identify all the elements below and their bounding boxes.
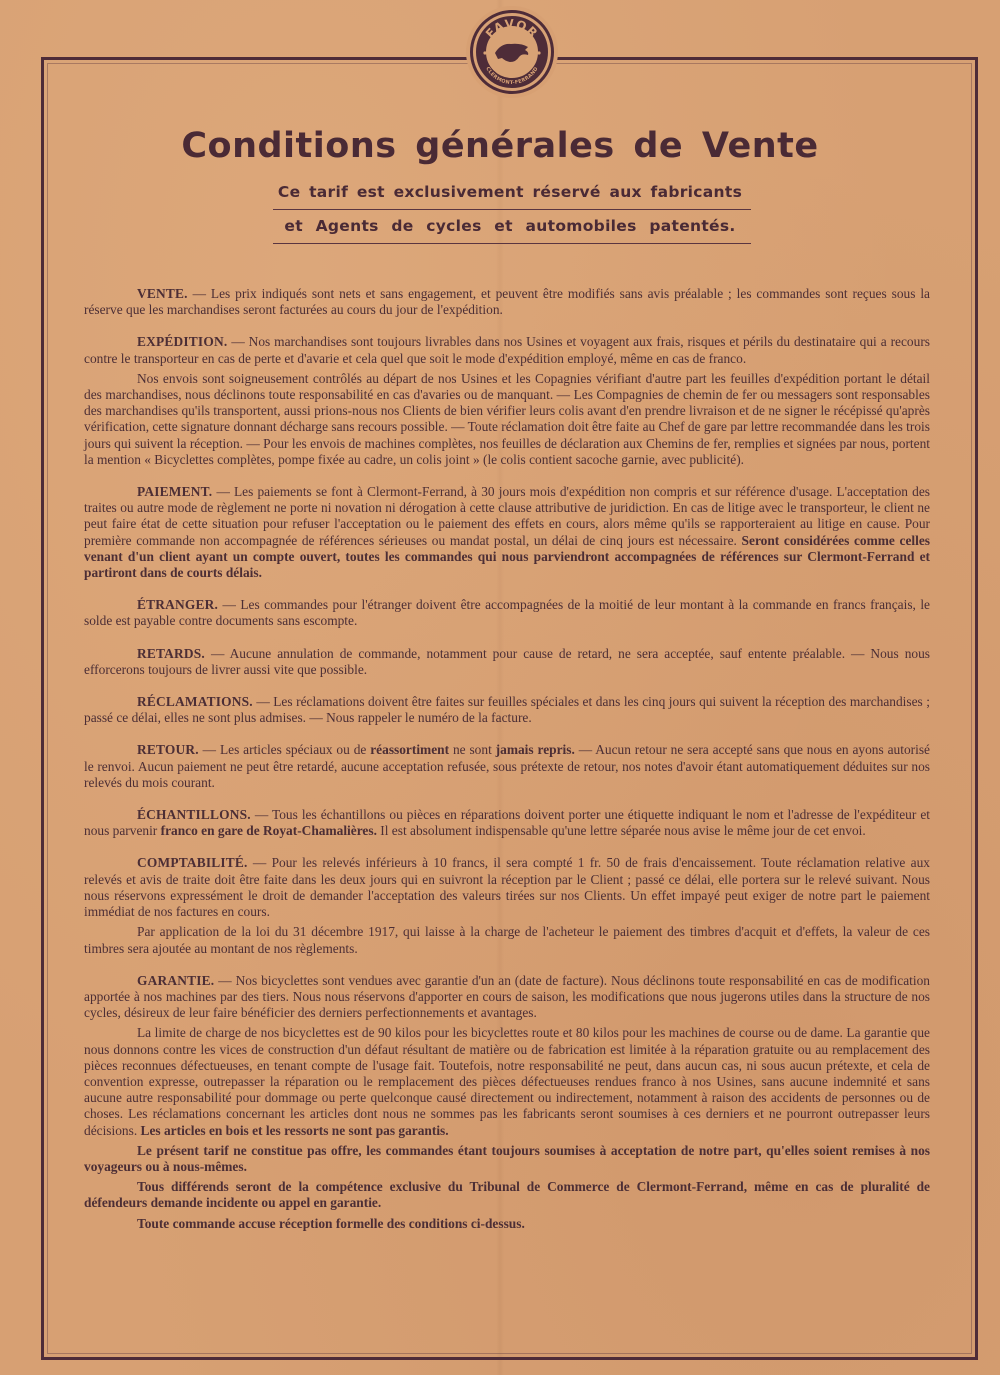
subtitle-line-2: et Agents de cycles et automobiles paten… xyxy=(270,217,750,235)
section-etranger: ÉTRANGER. — Les commandes pour l'étrange… xyxy=(84,597,930,629)
section-comptabilite-para2: Par application de la loi du 31 décembre… xyxy=(84,924,930,956)
brand-logo: FAVOR CLERMONT-FERRAND xyxy=(466,6,558,98)
section-bold-text: franco en gare de Royat-Chamalières. xyxy=(161,823,377,838)
section-expedition-para2: Nos envois sont soigneusement contrôlés … xyxy=(84,371,930,468)
section-vente: VENTE. — Les prix indiqués sont nets et … xyxy=(84,286,930,318)
section-heading: RETARDS. xyxy=(137,646,205,661)
section-expedition: EXPÉDITION. — Nos marchandises sont touj… xyxy=(84,334,930,366)
subtitle-rule-2 xyxy=(273,243,751,244)
svg-text:CLERMONT-FERRAND: CLERMONT-FERRAND xyxy=(484,66,539,86)
section-bold-text: Les articles en bois et les ressorts ne … xyxy=(141,1123,449,1138)
section-heading: ÉCHANTILLONS. xyxy=(137,807,251,822)
section-heading: VENTE. xyxy=(137,286,188,301)
section-comptabilite: COMPTABILITÉ. — Pour les relevés inférie… xyxy=(84,855,930,920)
closing-para-2: Tous différends seront de la compétence … xyxy=(84,1179,930,1211)
section-bold-text: jamais repris. xyxy=(496,742,575,757)
section-garantie: GARANTIE. — Nos bicyclettes sont vendues… xyxy=(84,973,930,1022)
section-text: — Les articles spéciaux ou de xyxy=(199,742,370,757)
subtitle-rule-1 xyxy=(273,209,751,210)
section-text: ne sont xyxy=(449,742,496,757)
section-reclamations: RÉCLAMATIONS. — Les réclamations doivent… xyxy=(84,694,930,726)
section-text: — Aucune annulation de commande, notamme… xyxy=(84,646,930,677)
section-retards: RETARDS. — Aucune annulation de commande… xyxy=(84,646,930,678)
section-bold-text: réassortiment xyxy=(370,742,449,757)
section-text: — Les prix indiqués sont nets et sans en… xyxy=(84,286,930,317)
section-heading: PAIEMENT. xyxy=(137,484,212,499)
conditions-body: VENTE. — Les prix indiqués sont nets et … xyxy=(84,286,930,1236)
section-heading: GARANTIE. xyxy=(137,973,214,988)
section-text: La limite de charge de nos bicyclettes e… xyxy=(84,1025,930,1137)
subtitle-line-1: Ce tarif est exclusivement réservé aux f… xyxy=(270,183,750,201)
logo-city-text: CLERMONT-FERRAND xyxy=(484,66,539,86)
closing-para-3: Toute commande accuse réception formelle… xyxy=(84,1216,930,1232)
logo-badge: FAVOR CLERMONT-FERRAND xyxy=(470,10,554,94)
section-echantillons: ÉCHANTILLONS. — Tous les échantillons ou… xyxy=(84,807,930,839)
section-heading: RETOUR. xyxy=(137,742,199,757)
section-heading: EXPÉDITION. xyxy=(137,334,227,349)
section-garantie-para2: La limite de charge de nos bicyclettes e… xyxy=(84,1025,930,1138)
section-text: Il est absolument indispensable qu'une l… xyxy=(377,823,866,838)
section-heading: ÉTRANGER. xyxy=(137,597,218,612)
closing-para-1: Le présent tarif ne constitue pas offre,… xyxy=(84,1143,930,1175)
section-paiement: PAIEMENT. — Les paiements se font à Cler… xyxy=(84,484,930,581)
section-heading: COMPTABILITÉ. xyxy=(137,855,248,870)
section-retour: RETOUR. — Les articles spéciaux ou de ré… xyxy=(84,742,930,791)
page-title: Conditions générales de Vente xyxy=(0,126,1000,166)
section-heading: RÉCLAMATIONS. xyxy=(137,694,253,709)
lion-head-icon: FAVOR CLERMONT-FERRAND xyxy=(473,13,551,91)
